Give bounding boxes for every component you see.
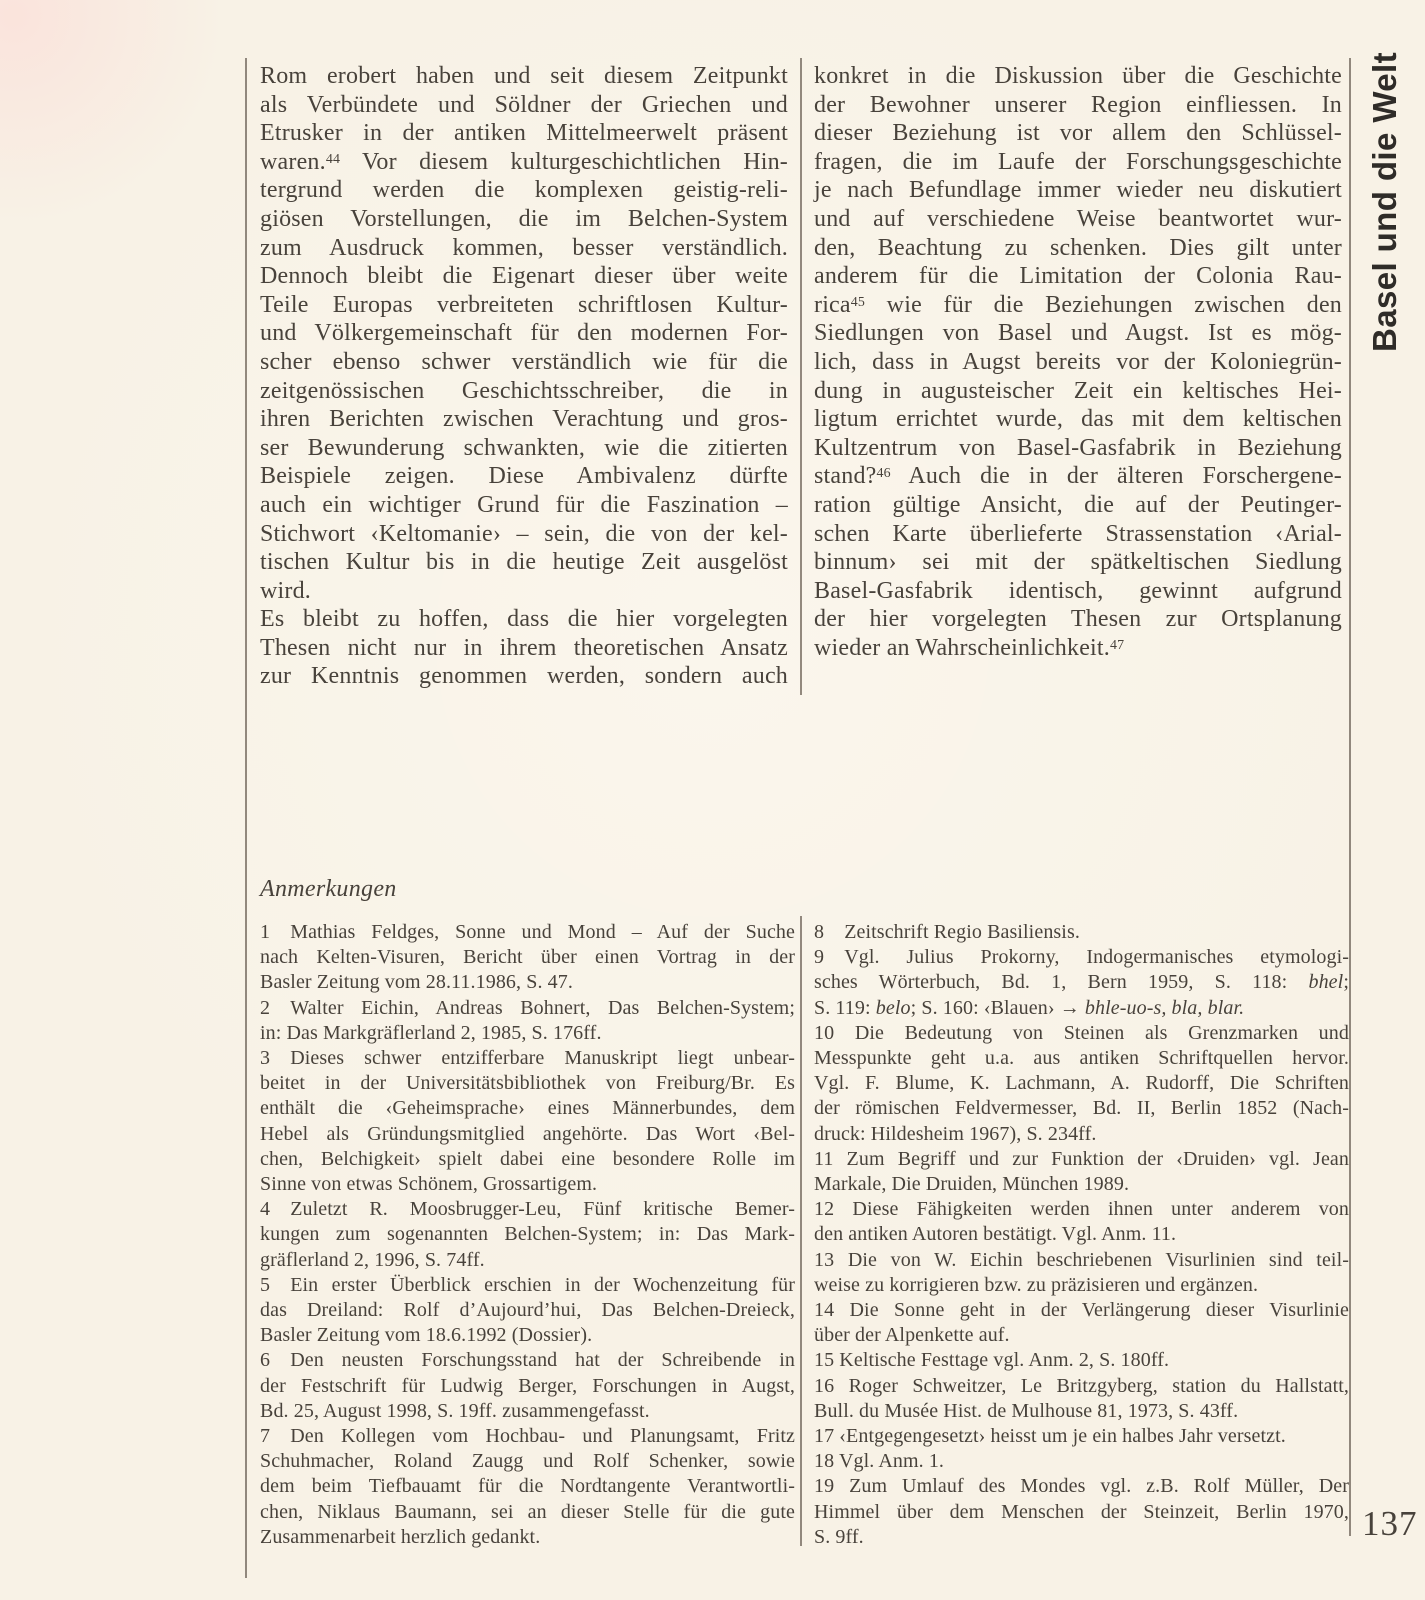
text-line: zum Ausdruck kommen, besser verständlich… — [260, 234, 788, 263]
text-line: dieser Beziehung ist vor allem den Schlü… — [814, 119, 1342, 148]
text-line: 5 Ein erster Überblick erschien in der W… — [260, 1273, 795, 1298]
text-line: Kultzentrum von Basel-Gasfabrik in Bezie… — [814, 434, 1342, 463]
text-line: über der Alpenkette auf. — [814, 1323, 1349, 1348]
text-line: Es bleibt zu hoffen, dass die hier vorge… — [260, 605, 788, 634]
text-line: 1 Mathias Feldges, Sonne und Mond – Auf … — [260, 920, 795, 945]
text-line: gräflerland 2, 1996, S. 74ff. — [260, 1248, 795, 1273]
text-line: der Bewohner unserer Region einfliessen.… — [814, 91, 1342, 120]
text-line: Bull. du Musée Hist. de Mulhouse 81, 197… — [814, 1399, 1349, 1424]
text-line: Siedlungen von Basel und Augst. Ist es m… — [814, 319, 1342, 348]
text-line: 10 Die Bedeutung von Steinen als Grenzma… — [814, 1021, 1349, 1046]
text-line: Rom erobert haben und seit diesem Zeitpu… — [260, 62, 788, 91]
text-line: anderem für die Limitation der Colonia R… — [814, 262, 1342, 291]
text-line: tischen Kultur bis in die heutige Zeit a… — [260, 548, 788, 577]
margin-chapter-label: Basel und die Welt — [1366, 52, 1404, 352]
text-line: Etrusker in der antiken Mittelmeerwelt p… — [260, 119, 788, 148]
text-line: beitet in der Universitätsbibliothek von… — [260, 1071, 795, 1096]
text-line: Beispiele zeigen. Diese Ambivalenz dürft… — [260, 462, 788, 491]
text-line: rica45 wie für die Beziehungen zwischen … — [814, 291, 1342, 320]
text-line: Stichwort ‹Keltomanie› – sein, die von d… — [260, 520, 788, 549]
text-line: druck: Hildesheim 1967), S. 234ff. — [814, 1122, 1349, 1147]
text-line: Thesen nicht nur in ihrem theoretischen … — [260, 634, 788, 663]
center-column-rule-bottom — [800, 916, 802, 1546]
text-line: als Verbündete und Söldner der Griechen … — [260, 91, 788, 120]
center-column-rule-top — [800, 58, 802, 695]
text-line: S. 119: belo; S. 160: ‹Blauen› → bhle-uo… — [814, 996, 1349, 1021]
text-line: der Festschrift für Ludwig Berger, Forsc… — [260, 1374, 795, 1399]
text-line: stand?46 Auch die in der älteren Forsche… — [814, 462, 1342, 491]
footnotes-heading: Anmerkungen — [260, 876, 397, 903]
text-line: Bd. 25, August 1998, S. 19ff. zusammenge… — [260, 1399, 795, 1424]
left-column-rule — [245, 58, 247, 1578]
text-line: 16 Roger Schweitzer, Le Britzgyberg, sta… — [814, 1374, 1349, 1399]
text-line: fragen, die im Laufe der Forschungsgesch… — [814, 148, 1342, 177]
text-line: chen, Niklaus Baumann, sei an dieser Ste… — [260, 1500, 795, 1525]
text-line: 8 Zeitschrift Regio Basiliensis. — [814, 920, 1349, 945]
text-line: scher ebenso schwer verständlich wie für… — [260, 348, 788, 377]
body-right-column: konkret in die Diskussion über die Gesch… — [814, 62, 1342, 662]
text-line: ration gültige Ansicht, die auf der Peut… — [814, 491, 1342, 520]
text-line: lich, dass in Augst bereits vor der Kolo… — [814, 348, 1342, 377]
text-line: auch ein wichtiger Grund für die Faszina… — [260, 491, 788, 520]
text-line: den, Beachtung zu schenken. Dies gilt un… — [814, 234, 1342, 263]
text-line: zur Kenntnis genommen werden, sondern au… — [260, 662, 788, 691]
text-line: 4 Zuletzt R. Moosbrugger-Leu, Fünf kriti… — [260, 1197, 795, 1222]
text-line: Zusammenarbeit herzlich gedankt. — [260, 1525, 795, 1550]
text-line: 17 ‹Entgegengesetzt› heisst um je ein ha… — [814, 1424, 1349, 1449]
text-line: je nach Befundlage immer wieder neu disk… — [814, 176, 1342, 205]
text-line: wieder an Wahrscheinlichkeit.47 — [814, 634, 1342, 663]
text-line: S. 9ff. — [814, 1525, 1349, 1550]
text-line: Vgl. F. Blume, K. Lachmann, A. Rudorff, … — [814, 1071, 1349, 1096]
text-line: 12 Diese Fähigkeiten werden ihnen unter … — [814, 1197, 1349, 1222]
text-line: 14 Die Sonne geht in der Verlängerung di… — [814, 1298, 1349, 1323]
footnotes-left-column: 1 Mathias Feldges, Sonne und Mond – Auf … — [260, 920, 795, 1550]
text-line: dem beim Tiefbauamt für die Nordtangente… — [260, 1474, 795, 1499]
text-line: sches Wörterbuch, Bd. 1, Bern 1959, S. 1… — [814, 970, 1349, 995]
text-line: ihren Berichten zwischen Verachtung und … — [260, 405, 788, 434]
footnotes-right-column: 8 Zeitschrift Regio Basiliensis.9 Vgl. J… — [814, 920, 1349, 1550]
text-line: Dennoch bleibt die Eigenart dieser über … — [260, 262, 788, 291]
body-left-column: Rom erobert haben und seit diesem Zeitpu… — [260, 62, 788, 691]
text-line: enthält die ‹Geheimsprache› eines Männer… — [260, 1096, 795, 1121]
text-line: giösen Vorstellungen, die im Belchen-Sys… — [260, 205, 788, 234]
text-line: binnum› sei mit der spätkeltischen Siedl… — [814, 548, 1342, 577]
text-line: 9 Vgl. Julius Prokorny, Indogermanisches… — [814, 945, 1349, 970]
text-line: Basel-Gasfabrik identisch, gewinnt aufgr… — [814, 577, 1342, 606]
text-line: Himmel über dem Menschen der Steinzeit, … — [814, 1500, 1349, 1525]
text-line: ligtum errichtet wurde, das mit dem kelt… — [814, 405, 1342, 434]
text-line: und auf verschiedene Weise beantwortet w… — [814, 205, 1342, 234]
right-margin-rule — [1349, 58, 1351, 1536]
text-line: tergrund werden die komplexen geistig-re… — [260, 176, 788, 205]
text-line: der römischen Feldvermesser, Bd. II, Ber… — [814, 1096, 1349, 1121]
text-line: Markale, Die Druiden, München 1989. — [814, 1172, 1349, 1197]
text-line: 15 Keltische Festtage vgl. Anm. 2, S. 18… — [814, 1348, 1349, 1373]
text-line: 19 Zum Umlauf des Mondes vgl. z.B. Rolf … — [814, 1474, 1349, 1499]
text-line: Messpunkte geht u.a. aus antiken Schrift… — [814, 1046, 1349, 1071]
text-line: ser Bewunderung schwankten, wie die ziti… — [260, 434, 788, 463]
text-line: wird. — [260, 577, 788, 606]
text-line: Sinne von etwas Schönem, Grossartigem. — [260, 1172, 795, 1197]
text-line: der hier vorgelegten Thesen zur Ortsplan… — [814, 605, 1342, 634]
text-line: Teile Europas verbreiteten schriftlosen … — [260, 291, 788, 320]
text-line: 18 Vgl. Anm. 1. — [814, 1449, 1349, 1474]
text-line: schen Karte überlieferte Strassenstation… — [814, 520, 1342, 549]
text-line: kungen zum sogenannten Belchen-System; i… — [260, 1222, 795, 1247]
text-line: weise zu korrigieren bzw. zu präzisieren… — [814, 1273, 1349, 1298]
text-line: 7 Den Kollegen vom Hochbau- und Planungs… — [260, 1424, 795, 1449]
text-line: Schuhmacher, Roland Zaugg und Rolf Schen… — [260, 1449, 795, 1474]
text-line: waren.44 Vor diesem kulturgeschichtliche… — [260, 148, 788, 177]
text-line: 11 Zum Begriff und zur Funktion der ‹Dru… — [814, 1147, 1349, 1172]
text-line: dung in augusteischer Zeit ein keltische… — [814, 377, 1342, 406]
text-line: 3 Dieses schwer entzifferbare Manuskript… — [260, 1046, 795, 1071]
text-line: konkret in die Diskussion über die Gesch… — [814, 62, 1342, 91]
text-line: 6 Den neusten Forschungsstand hat der Sc… — [260, 1348, 795, 1373]
text-line: Basler Zeitung vom 18.6.1992 (Dossier). — [260, 1323, 795, 1348]
text-line: nach Kelten-Visuren, Bericht über einen … — [260, 945, 795, 970]
text-line: und Völkergemeinschaft für den modernen … — [260, 319, 788, 348]
page: Rom erobert haben und seit diesem Zeitpu… — [0, 0, 1425, 1600]
text-line: den antiken Autoren bestätigt. Vgl. Anm.… — [814, 1222, 1349, 1247]
text-line: 13 Die von W. Eichin beschriebenen Visur… — [814, 1248, 1349, 1273]
text-line: Basler Zeitung vom 28.11.1986, S. 47. — [260, 970, 795, 995]
text-line: chen, Belchigkeit› spielt dabei eine bes… — [260, 1147, 795, 1172]
text-line: Hebel als Gründungsmitglied angehörte. D… — [260, 1122, 795, 1147]
text-line: das Dreiland: Rolf d’Aujourd’hui, Das Be… — [260, 1298, 795, 1323]
text-line: zeitgenössischen Geschichtsschreiber, di… — [260, 377, 788, 406]
text-line: 2 Walter Eichin, Andreas Bohnert, Das Be… — [260, 996, 795, 1021]
text-line: in: Das Markgräflerland 2, 1985, S. 176f… — [260, 1021, 795, 1046]
page-number: 137 — [1362, 1504, 1418, 1544]
